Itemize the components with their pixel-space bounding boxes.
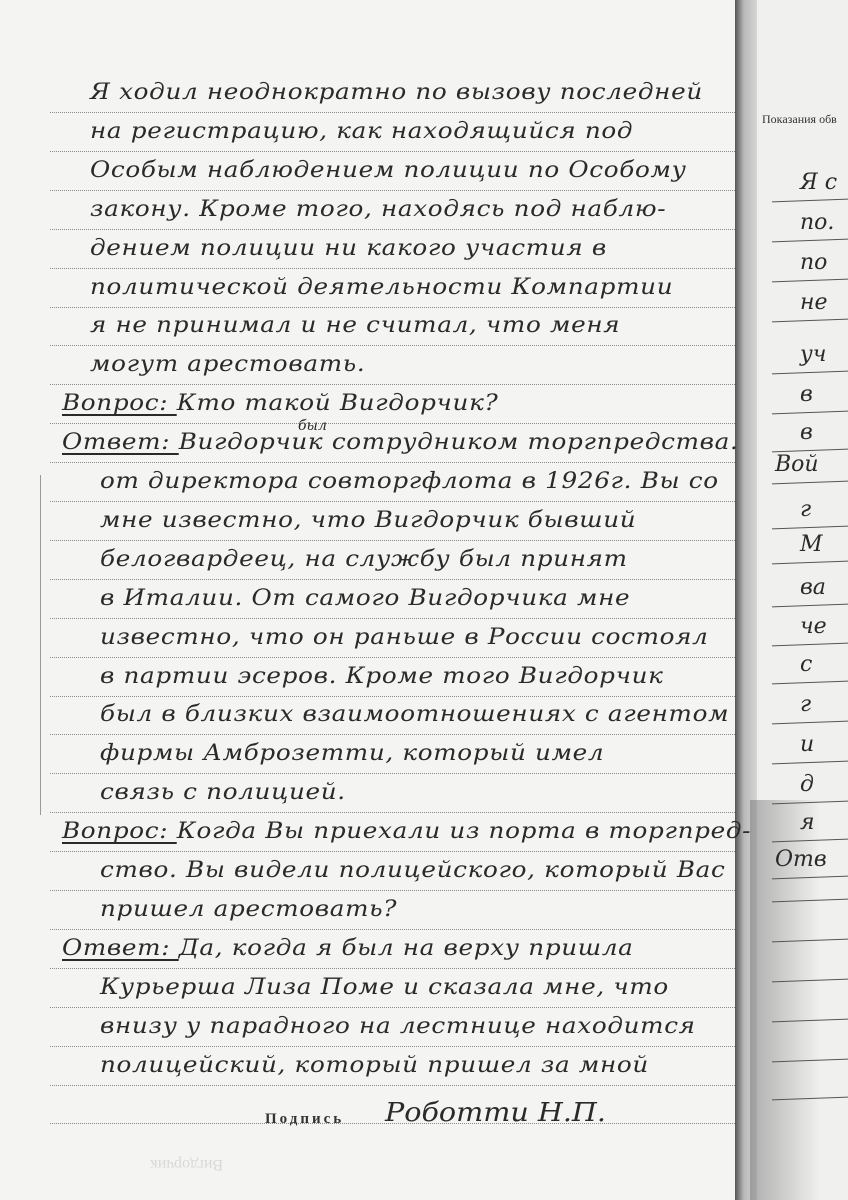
ruled-line — [50, 151, 735, 152]
adjacent-text-fragment: с — [800, 652, 812, 677]
text-line: известно, что он раньше в России состоял — [100, 625, 709, 650]
qa-line: Вопрос: Когда Вы приехали из порта в тор… — [62, 819, 751, 844]
adjacent-text-fragment: че — [800, 614, 827, 639]
qa-label: Вопрос: — [62, 391, 177, 416]
text-line: от директора совторгфлота в 1926г. Вы со — [100, 469, 719, 494]
text-line: мне известно, что Вигдорчик бывший — [100, 508, 636, 533]
qa-line: Вопрос: Кто такой Вигдорчик? — [62, 391, 498, 416]
adjacent-text-fragment: г — [800, 692, 811, 717]
ruled-line — [50, 423, 735, 424]
qa-line: Ответ: Да, когда я был на верху пришла — [62, 936, 634, 961]
adjacent-text-fragment: Я с — [800, 170, 837, 195]
adjacent-text-fragment: д — [800, 772, 814, 797]
adjacent-text-fragment: в — [800, 382, 813, 407]
adjacent-text-fragment: и — [800, 732, 814, 757]
ruled-line — [50, 890, 735, 891]
ruled-line — [50, 1085, 735, 1086]
signature-label: Подпись — [265, 1111, 344, 1128]
faint-bottom-mark: Вигдорчик — [150, 1155, 223, 1173]
adjacent-text-fragment: г — [800, 497, 811, 522]
ruled-line — [50, 190, 735, 191]
text-line: могут арестовать. — [90, 352, 365, 377]
ruled-line — [50, 657, 735, 658]
ruled-line — [50, 1046, 735, 1047]
ruled-line — [50, 773, 735, 774]
ruled-line — [50, 929, 735, 930]
adjacent-text-fragment: уч — [800, 342, 826, 367]
text-line: был в близких взаимоотношениях с агентом — [100, 702, 729, 727]
ruled-line — [50, 229, 735, 230]
qa-label: Ответ: — [62, 936, 179, 961]
text-line: полицейский, который пришел за мной — [100, 1053, 649, 1078]
ruled-line — [50, 540, 735, 541]
ruled-line — [50, 1007, 735, 1008]
ruled-line — [50, 812, 735, 813]
text-line: закону. Кроме того, находясь под наблю- — [90, 197, 666, 222]
ruled-line — [50, 734, 735, 735]
text-line: я не принимал и не считал, что меня — [90, 313, 620, 338]
text-line: дением полиции ни какого участия в — [90, 236, 607, 261]
text-line: внизу у парадного на лестнице находится — [100, 1014, 696, 1039]
text-line: в партии эсеров. Кроме того Вигдорчик — [100, 664, 664, 689]
qa-label: Вопрос: — [62, 819, 177, 844]
adjacent-text-fragment: по — [800, 250, 827, 275]
ruled-line — [50, 345, 735, 346]
adjacent-text-fragment: не — [800, 290, 828, 315]
adjacent-text-fragment: по. — [800, 210, 834, 235]
adjacent-text-fragment: М — [800, 532, 823, 557]
ruled-line — [50, 851, 735, 852]
signature: Роботти Н.П. — [385, 1098, 606, 1128]
ruled-line — [50, 501, 735, 502]
adjacent-text-fragment: Вой — [775, 452, 819, 477]
ruled-line — [50, 384, 735, 385]
ruled-line — [50, 112, 735, 113]
adjacent-page-header: Показания обв — [762, 112, 837, 127]
adjacent-text-fragment: ва — [800, 575, 826, 600]
text-line: связь с полицией. — [100, 780, 346, 805]
qa-label: Ответ: — [62, 430, 179, 455]
margin-bracket — [40, 475, 41, 815]
text-line: в Италии. От самого Вигдорчика мне — [100, 586, 630, 611]
ruled-line — [50, 268, 735, 269]
text-line: Особым наблюдением полиции по Особому — [90, 158, 687, 183]
text-line: пришел арестовать? — [100, 897, 397, 922]
ruled-line — [50, 462, 735, 463]
ruled-line — [50, 696, 735, 697]
text-line: ство. Вы видели полицейского, который Ва… — [100, 858, 725, 883]
text-line: Я ходил неоднократно по вызову последней — [90, 80, 703, 105]
text-line: Курьерша Лиза Поме и сказала мне, что — [100, 975, 669, 1000]
ruled-line — [50, 618, 735, 619]
text-line: белогвардеец, на службу был принят — [100, 547, 628, 572]
ruled-line — [50, 579, 735, 580]
text-line: политической деятельности Компартии — [90, 275, 673, 300]
insertion-above-line: был — [298, 418, 327, 434]
text-line: фирмы Амброзетти, который имел — [100, 741, 604, 766]
adjacent-text-fragment: Отв — [775, 847, 827, 872]
text-line: на регистрацию, как находящийся под — [90, 119, 633, 144]
qa-line: Ответ: Вигдорчик сотрудником торгпредств… — [62, 430, 739, 455]
adjacent-text-fragment: я — [800, 810, 815, 835]
ruled-line — [50, 307, 735, 308]
adjacent-text-fragment: в — [800, 420, 813, 445]
ruled-line — [50, 968, 735, 969]
